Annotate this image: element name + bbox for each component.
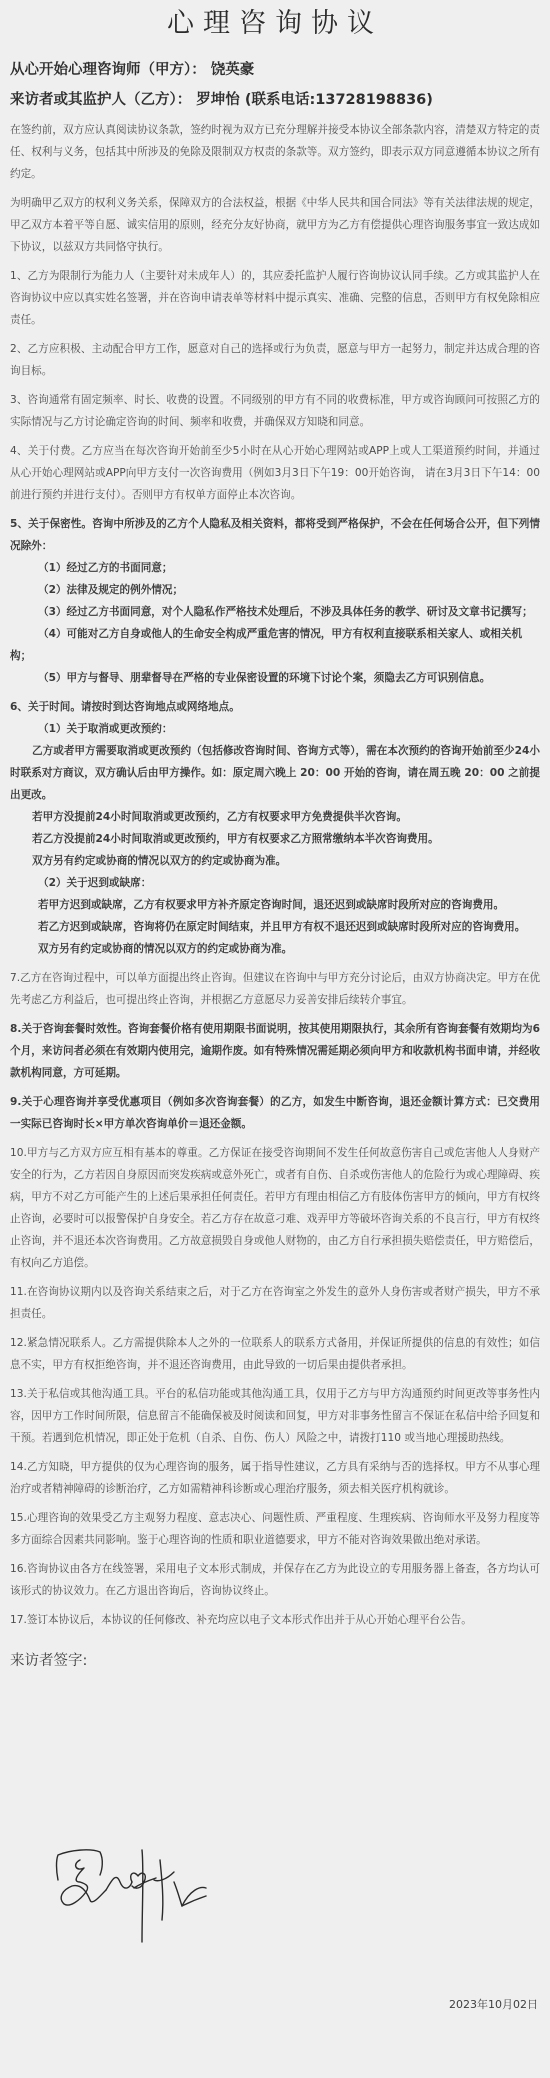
- clause-3: 3、咨询通常有固定频率、时长、收费的设置。不同级别的甲方有不同的收费标准，甲方或…: [10, 389, 540, 433]
- clause-6-sub2-c: 双方另有约定或协商的情况以双方的约定或协商为准。: [10, 938, 540, 960]
- handwritten-signature: [50, 1830, 290, 1970]
- intro-paragraph-1: 在签约前，双方应认真阅读协议条款，签约时视为双方已充分理解并接受本协议全部条款内…: [10, 119, 540, 185]
- intro-paragraph-2: 为明确甲乙双方的权利义务关系，保障双方的合法权益，根据《中华人民共和国合同法》等…: [10, 192, 540, 258]
- clause-5-item-5: （5）甲方与督导、朋辈督导在严格的专业保密设置的环境下讨论个案，须隐去乙方可识别…: [10, 667, 540, 689]
- clause-6-sub2-title: （2）关于迟到或缺席：: [10, 872, 540, 894]
- clause-13: 13.关于私信或其他沟通工具。平台的私信功能或其他沟通工具，仅用于乙方与甲方沟通…: [10, 1383, 540, 1449]
- clause-11: 11.在咨询协议期内以及咨询关系结束之后，对于乙方在咨询室之外发生的意外人身伤害…: [10, 1281, 540, 1325]
- clause-14: 14.乙方知晓，甲方提供的仅为心理咨询的服务，属于指导性建议，乙方具有采纳与否的…: [10, 1456, 540, 1500]
- agreement-document: 心理咨询协议 从心开始心理咨询师（甲方）： 饶英豪 来访者或其监护人（乙方）： …: [0, 0, 550, 2078]
- clause-10: 10.甲方与乙方双方应互相有基本的尊重。乙方保证在接受咨询期间不发生任何故意伤害…: [10, 1142, 540, 1274]
- clause-6-sub1-a: 若甲方没提前24小时间取消或更改预约，乙方有权要求甲方免费提供半次咨询。: [10, 806, 540, 828]
- party-a-line: 从心开始心理咨询师（甲方）： 饶英豪: [10, 60, 540, 80]
- clause-8: 8.关于咨询套餐时效性。咨询套餐价格有使用期限书面说明，按其使用期限执行，其余所…: [10, 1018, 540, 1084]
- clause-6-lead: 6、关于时间。请按时到达咨询地点或网络地点。: [10, 696, 540, 718]
- clause-15: 15.心理咨询的效果受乙方主观努力程度、意志决心、问题性质、严重程度、生理疾病、…: [10, 1507, 540, 1551]
- clause-1: 1、乙方为限制行为能力人（主要针对未成年人）的，其应委托监护人履行咨询协议认同手…: [10, 265, 540, 331]
- clause-5-item-3: （3）经过乙方书面同意，对个人隐私作严格技术处理后，不涉及具体任务的教学、研讨及…: [10, 601, 540, 623]
- clause-6-sub1-title: （1）关于取消或更改预约：: [10, 718, 540, 740]
- clause-5-confidentiality: 5、关于保密性。咨询中所涉及的乙方个人隐私及相关资料，都将受到严格保护，不会在任…: [10, 513, 540, 689]
- clause-6-sub1-body: 乙方或者甲方需要取消或更改预约（包括修改咨询时间、咨询方式等），需在本次预约的咨…: [10, 740, 540, 806]
- document-title: 心理咨询协议: [10, 0, 540, 48]
- clause-5-item-1: （1）经过乙方的书面同意；: [10, 557, 540, 579]
- clause-6-time: 6、关于时间。请按时到达咨询地点或网络地点。 （1）关于取消或更改预约： 乙方或…: [10, 696, 540, 960]
- clause-5-lead: 5、关于保密性。咨询中所涉及的乙方个人隐私及相关资料，都将受到严格保护，不会在任…: [10, 513, 540, 557]
- clause-5-item-2: （2）法律及规定的例外情况；: [10, 579, 540, 601]
- clause-6-sub2-b: 若乙方迟到或缺席，咨询将仍在原定时间结束，并且甲方有权不退还迟到或缺席时段所对应…: [10, 916, 540, 938]
- clause-16: 16.咨询协议由各方在线签署，采用电子文本形式制成，并保存在乙方为此设立的专用服…: [10, 1558, 540, 1602]
- clause-2: 2、乙方应积极、主动配合甲方工作，愿意对自己的选择或行为负责，愿意与甲方一起努力…: [10, 338, 540, 382]
- clause-12: 12.紧急情况联系人。乙方需提供除本人之外的一位联系人的联系方式备用，并保证所提…: [10, 1332, 540, 1376]
- clause-17: 17.签订本协议后，本协议的任何修改、补充均应以电子文本形式作出并于从心开始心理…: [10, 1609, 540, 1631]
- clause-9: 9.关于心理咨询并享受优惠项目（例如多次咨询套餐）的乙方，如发生中断咨询，退还金…: [10, 1091, 540, 1135]
- clause-6-sub2-a: 若甲方迟到或缺席，乙方有权要求甲方补齐原定咨询时间，退还迟到或缺席时段所对应的咨…: [10, 894, 540, 916]
- visitor-signature-label: 来访者签字:: [10, 1651, 540, 1671]
- clause-6-sub1-b: 若乙方没提前24小时间取消或更改预约，甲方有权要求乙方照常缴纳本半次咨询费用。: [10, 828, 540, 850]
- clause-6-sub1-c: 双方另有约定或协商的情况以双方的约定或协商为准。: [10, 850, 540, 872]
- signature-date: 2023年10月02日: [449, 1996, 538, 2012]
- party-b-line: 来访者或其监护人（乙方）： 罗坤怡 (联系电话:13728198836): [10, 90, 540, 110]
- clause-5-item-4: （4）可能对乙方自身或他人的生命安全构成严重危害的情况，甲方有权利直接联系相关家…: [10, 623, 540, 667]
- clause-7: 7.乙方在咨询过程中，可以单方面提出终止咨询。但建议在咨询中与甲方充分讨论后，由…: [10, 967, 540, 1011]
- clause-4: 4、关于付费。乙方应当在每次咨询开始前至少5小时在从心开始心理网站或APP上或人…: [10, 440, 540, 506]
